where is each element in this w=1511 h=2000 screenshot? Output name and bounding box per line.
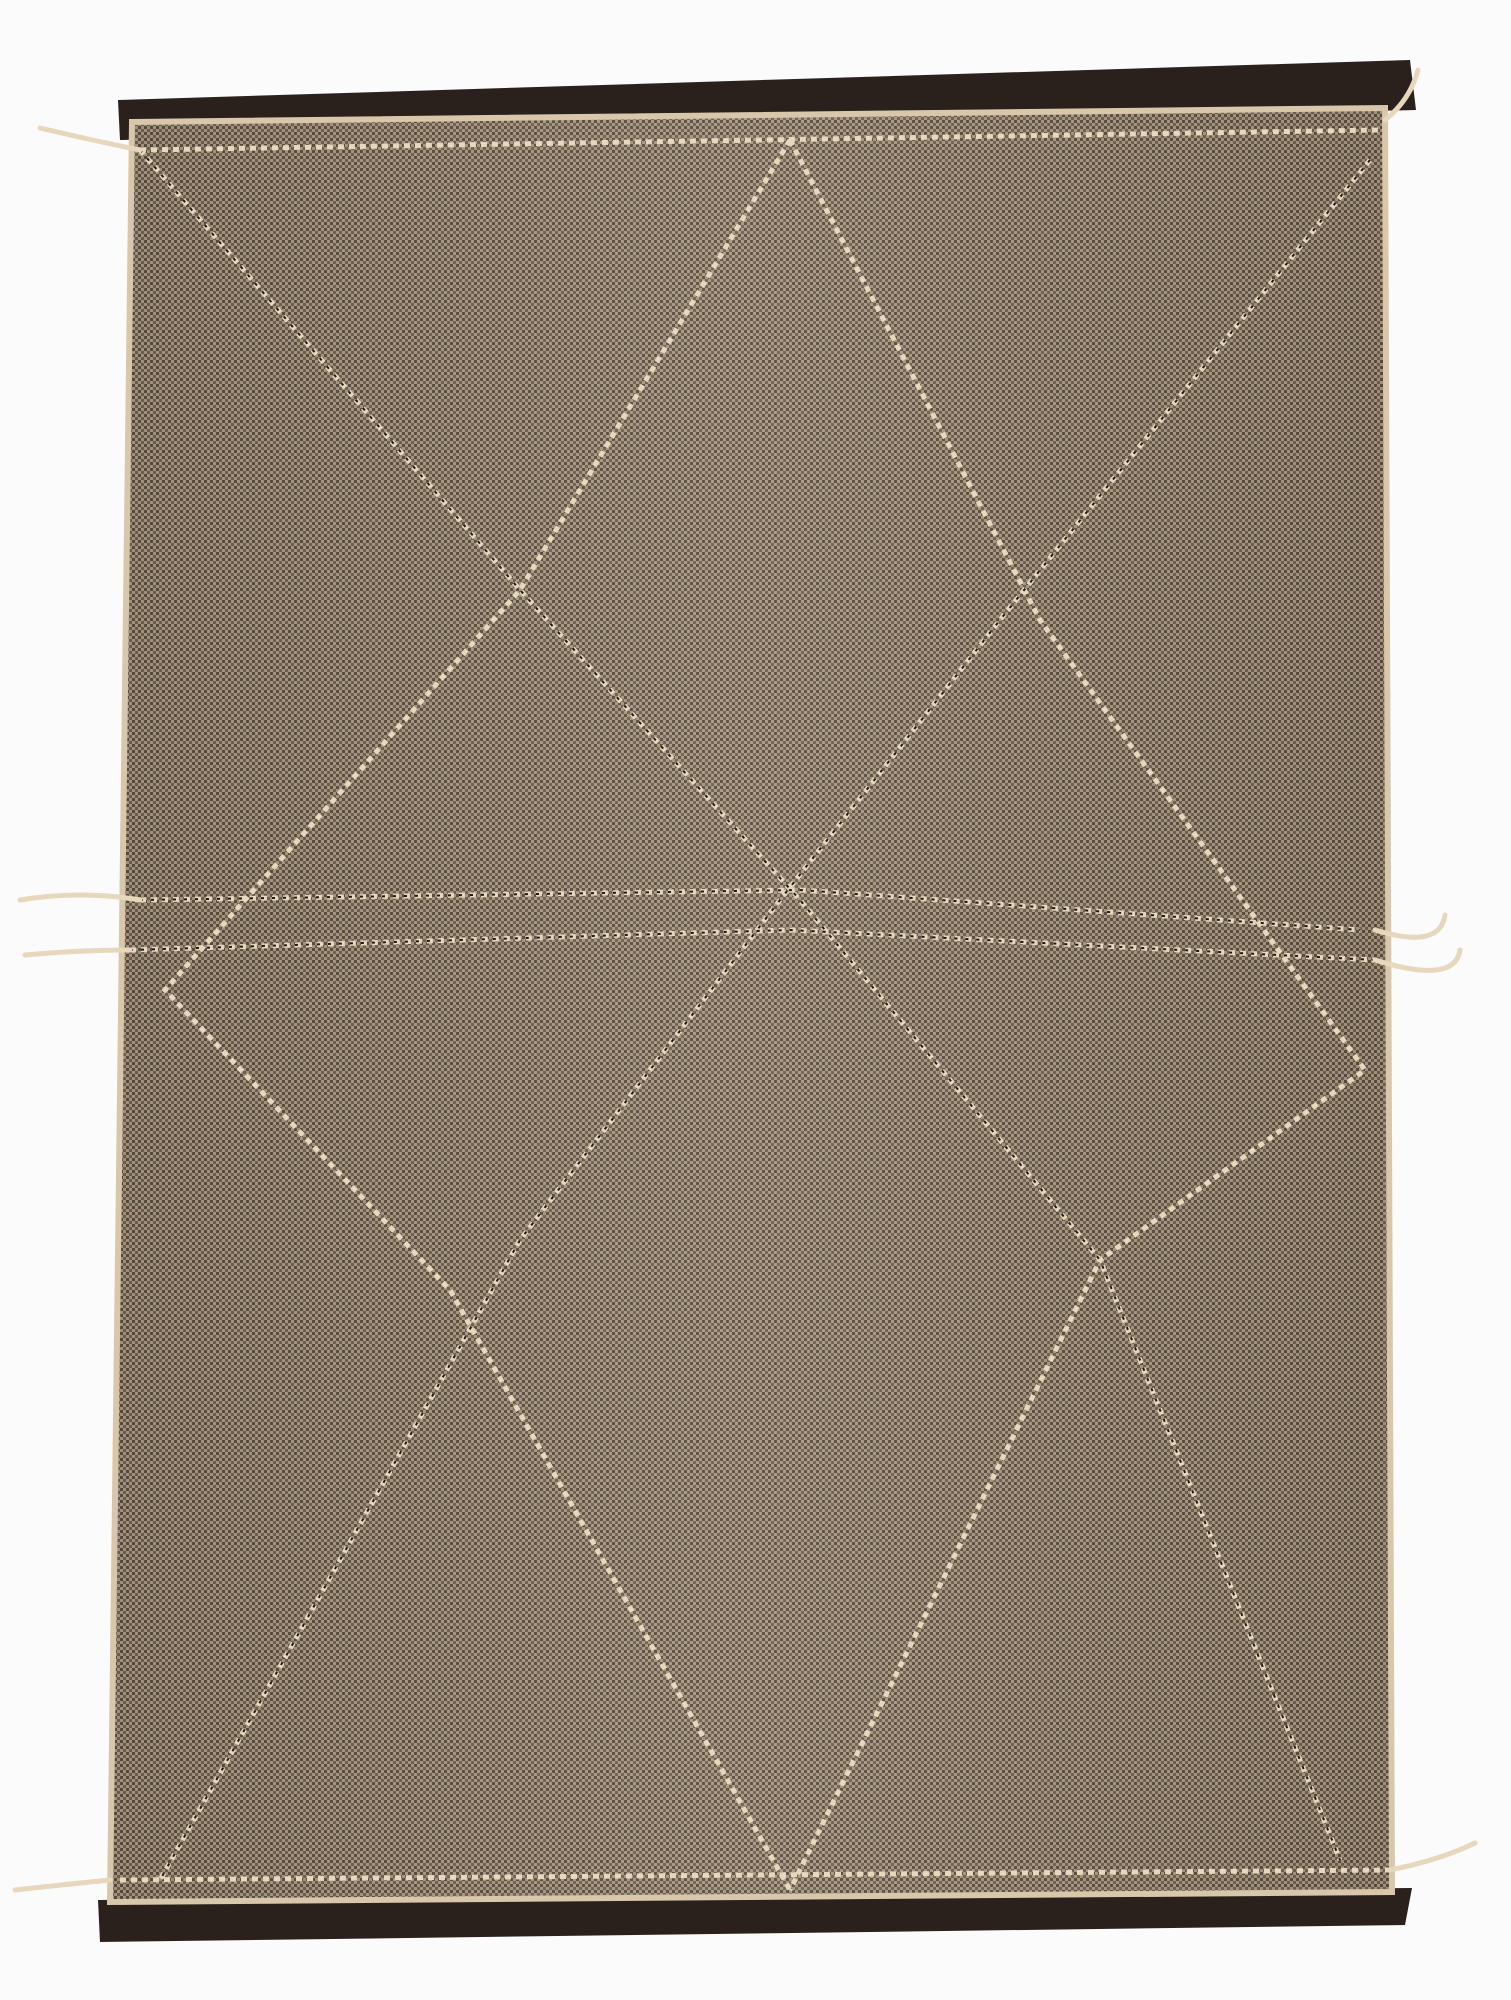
rug-photo xyxy=(0,0,1511,2000)
